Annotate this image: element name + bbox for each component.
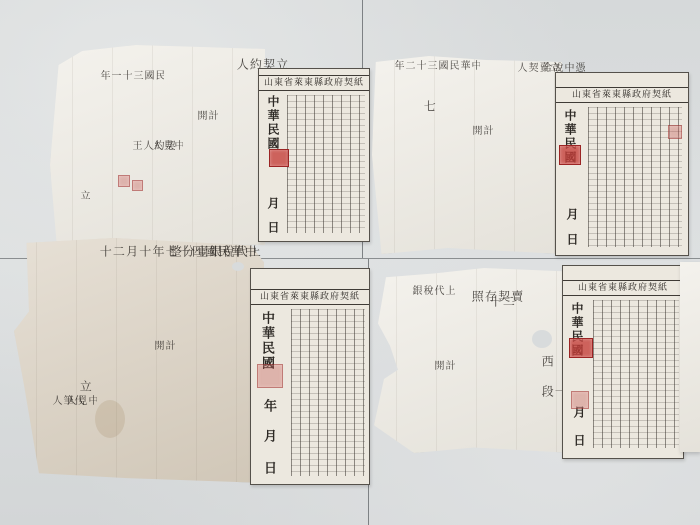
printed-deed-form: 山東省萊東縣政府契紙 中華民國 月 日: [258, 68, 370, 242]
handwritten-column: 二十: [488, 295, 514, 308]
handwritten-column: 立: [78, 380, 91, 393]
form-grid: [287, 95, 365, 233]
water-stain: [95, 400, 125, 438]
red-official-seal: [559, 145, 581, 165]
form-grid: [291, 309, 365, 476]
red-official-seal: [569, 338, 593, 358]
handwritten-column: 七: [422, 100, 435, 113]
handwritten-column: 立: [78, 190, 89, 201]
form-era: 中華民國: [265, 95, 282, 151]
red-official-seal: [269, 149, 289, 167]
handwritten-column: 上代稅銀壹分整: [168, 245, 260, 258]
handwritten-column: 計開: [432, 360, 454, 371]
handwritten-column: 上代稅銀: [410, 285, 454, 296]
form-day: 日: [571, 434, 588, 448]
handwritten-column: 民國三十一年: [98, 70, 164, 81]
handwritten-column: 西: [540, 355, 553, 368]
handwritten-column: 代筆人: [50, 395, 83, 406]
partial-document-edge: [680, 262, 700, 452]
handwritten-column: 計開: [470, 125, 492, 136]
paper-hole: [532, 330, 552, 348]
handwritten-column: 計開: [195, 110, 217, 121]
red-seal: [668, 125, 682, 139]
form-header: 山東省東縣政府契紙: [563, 280, 683, 296]
form-day: 日: [259, 461, 278, 476]
red-seal: [571, 391, 589, 409]
form-era: 中華民國: [257, 311, 276, 371]
form-day: 日: [564, 233, 581, 247]
form-grid: [593, 300, 679, 448]
handwritten-column: 計開: [152, 340, 174, 351]
form-month: 月: [259, 429, 278, 444]
form-year: 年: [259, 399, 278, 414]
printed-deed-form: 山東省萊東縣政府契紙 中華民國 年 月 日: [250, 268, 370, 485]
form-header: 山東省萊東縣政府契紙: [556, 87, 688, 103]
form-month: 月: [265, 197, 282, 211]
handwritten-column: 中華民國三十二年: [392, 60, 480, 71]
form-month: 月: [564, 208, 581, 222]
red-seal: [118, 175, 130, 187]
form-day: 日: [265, 221, 282, 235]
handwritten-deed-paper: [14, 238, 264, 483]
paper-hole: [232, 262, 244, 271]
handwritten-deed-paper: [372, 56, 562, 254]
form-header: 山東省萊東縣政府契紙: [251, 289, 369, 305]
red-official-seal: [257, 364, 283, 388]
printed-deed-form: 山東省東縣政府契紙 中華民國 月 日: [562, 265, 684, 459]
red-seal: [132, 180, 143, 191]
printed-deed-form: 山東省萊東縣政府契紙 中華民國 月 日: [555, 72, 689, 256]
form-header: 山東省萊東縣政府契紙: [259, 75, 369, 91]
handwritten-column: 中見人: [150, 140, 183, 151]
